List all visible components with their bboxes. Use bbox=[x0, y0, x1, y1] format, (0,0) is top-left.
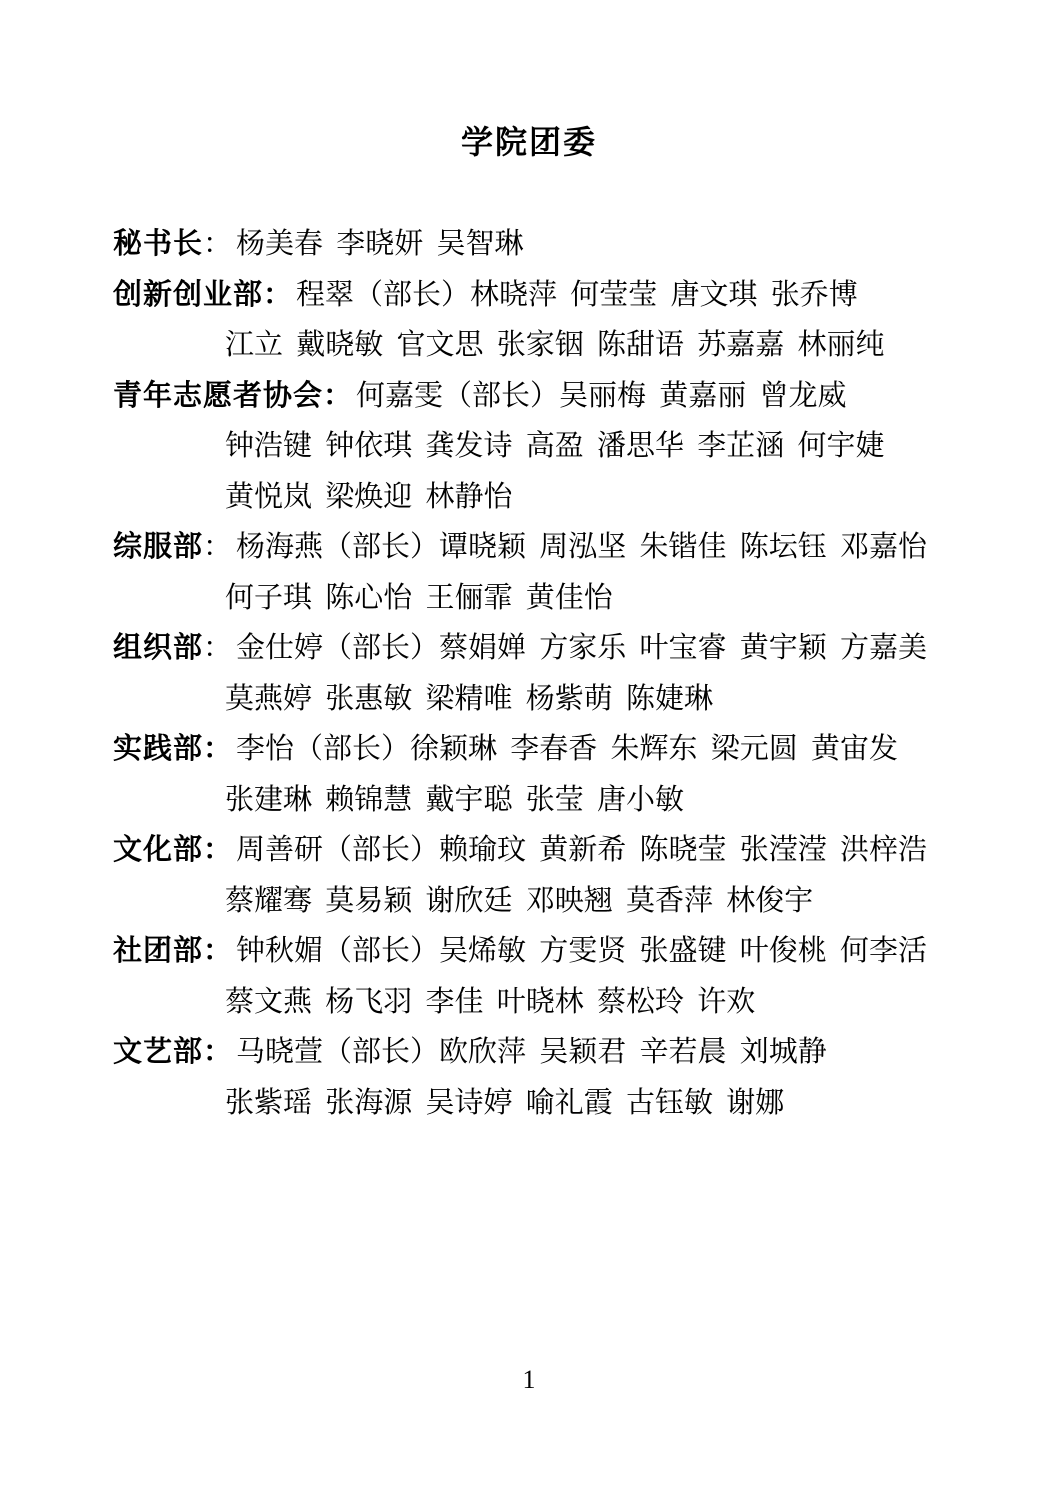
section-label: 创新创业部 bbox=[113, 279, 263, 311]
section-colon: ： bbox=[323, 380, 356, 412]
section-label: 文艺部 bbox=[113, 1036, 203, 1068]
member-names: 黄悦岚 梁焕迎 林静怡 bbox=[225, 481, 513, 513]
member-names: 江立 戴晓敏 官文思 张家铟 陈甜语 苏嘉嘉 林丽纯 bbox=[225, 329, 885, 361]
section-first-line: 实践部：李怡（部长）徐颖琳 李春香 朱辉东 梁元圆 黄宙发 bbox=[113, 724, 998, 775]
member-names: 金仕婷（部长）蔡娟婵 方家乐 叶宝睿 黄宇颖 方嘉美 bbox=[236, 632, 927, 664]
member-names: 蔡耀骞 莫易颖 谢欣廷 邓映翘 莫香萍 林俊宇 bbox=[225, 885, 813, 917]
member-names: 马晓萱（部长）欧欣萍 吴颖君 辛若晨 刘城静 bbox=[236, 1036, 827, 1068]
section-label: 青年志愿者协会 bbox=[113, 380, 323, 412]
section-label: 社团部 bbox=[113, 935, 203, 967]
section-entry: 创新创业部：程翠（部长）林晓萍 何莹莹 唐文琪 张乔博江立 戴晓敏 官文思 张家… bbox=[113, 270, 998, 371]
section-continuation-line: 张紫瑶 张海源 吴诗婷 喻礼霞 古钰敏 谢娜 bbox=[113, 1078, 998, 1129]
member-names: 钟秋媚（部长）吴烯敏 方雯贤 张盛键 叶俊桃 何李活 bbox=[236, 935, 927, 967]
page-number: 1 bbox=[0, 1362, 1058, 1398]
page-title: 学院团委 bbox=[0, 122, 1058, 162]
document-page: 学院团委 秘书长：杨美春 李晓妍 吴智琳创新创业部：程翠（部长）林晓萍 何莹莹 … bbox=[0, 0, 1058, 1512]
section-label: 秘书长 bbox=[113, 228, 203, 260]
section-first-line: 社团部：钟秋媚（部长）吴烯敏 方雯贤 张盛键 叶俊桃 何李活 bbox=[113, 926, 998, 977]
member-names: 周善研（部长）赖瑜玟 黄新希 陈晓莹 张滢滢 洪梓浩 bbox=[236, 834, 927, 866]
section-colon: ： bbox=[203, 1036, 236, 1068]
sections-list: 秘书长：杨美春 李晓妍 吴智琳创新创业部：程翠（部长）林晓萍 何莹莹 唐文琪 张… bbox=[113, 219, 998, 1128]
section-colon: ： bbox=[203, 733, 236, 765]
section-label: 文化部 bbox=[113, 834, 203, 866]
section-colon: ： bbox=[203, 228, 236, 260]
section-first-line: 创新创业部：程翠（部长）林晓萍 何莹莹 唐文琪 张乔博 bbox=[113, 270, 998, 321]
section-label: 实践部 bbox=[113, 733, 203, 765]
section-entry: 实践部：李怡（部长）徐颖琳 李春香 朱辉东 梁元圆 黄宙发张建琳 赖锦慧 戴宇聪… bbox=[113, 724, 998, 825]
section-colon: ： bbox=[203, 935, 236, 967]
section-continuation-line: 张建琳 赖锦慧 戴宇聪 张莹 唐小敏 bbox=[113, 775, 998, 826]
section-continuation-line: 蔡文燕 杨飞羽 李佳 叶晓林 蔡松玲 许欢 bbox=[113, 977, 998, 1028]
section-entry: 文艺部：马晓萱（部长）欧欣萍 吴颖君 辛若晨 刘城静张紫瑶 张海源 吴诗婷 喻礼… bbox=[113, 1027, 998, 1128]
member-names: 何嘉雯（部长）吴丽梅 黄嘉丽 曾龙威 bbox=[356, 380, 847, 412]
section-entry: 社团部：钟秋媚（部长）吴烯敏 方雯贤 张盛键 叶俊桃 何李活蔡文燕 杨飞羽 李佳… bbox=[113, 926, 998, 1027]
section-entry: 组织部：金仕婷（部长）蔡娟婵 方家乐 叶宝睿 黄宇颖 方嘉美莫燕婷 张惠敏 梁精… bbox=[113, 623, 998, 724]
section-first-line: 文艺部：马晓萱（部长）欧欣萍 吴颖君 辛若晨 刘城静 bbox=[113, 1027, 998, 1078]
section-colon: ： bbox=[203, 632, 236, 664]
section-colon: ： bbox=[203, 531, 236, 563]
section-entry: 秘书长：杨美春 李晓妍 吴智琳 bbox=[113, 219, 998, 270]
member-names: 张紫瑶 张海源 吴诗婷 喻礼霞 古钰敏 谢娜 bbox=[225, 1087, 784, 1119]
section-first-line: 青年志愿者协会：何嘉雯（部长）吴丽梅 黄嘉丽 曾龙威 bbox=[113, 371, 998, 422]
section-continuation-line: 黄悦岚 梁焕迎 林静怡 bbox=[113, 472, 998, 523]
member-names: 蔡文燕 杨飞羽 李佳 叶晓林 蔡松玲 许欢 bbox=[225, 986, 755, 1018]
member-names: 张建琳 赖锦慧 戴宇聪 张莹 唐小敏 bbox=[225, 784, 684, 816]
section-first-line: 文化部：周善研（部长）赖瑜玟 黄新希 陈晓莹 张滢滢 洪梓浩 bbox=[113, 825, 998, 876]
member-names: 莫燕婷 张惠敏 梁精唯 杨紫萌 陈婕琳 bbox=[225, 683, 713, 715]
section-continuation-line: 莫燕婷 张惠敏 梁精唯 杨紫萌 陈婕琳 bbox=[113, 674, 998, 725]
member-names: 钟浩键 钟依琪 龚发诗 高盈 潘思华 李芷涵 何宇婕 bbox=[225, 430, 885, 462]
section-continuation-line: 何子琪 陈心怡 王俪霏 黄佳怡 bbox=[113, 573, 998, 624]
member-names: 杨海燕（部长）谭晓颖 周泓坚 朱锴佳 陈坛钰 邓嘉怡 bbox=[236, 531, 927, 563]
section-continuation-line: 蔡耀骞 莫易颖 谢欣廷 邓映翘 莫香萍 林俊宇 bbox=[113, 876, 998, 927]
member-names: 李怡（部长）徐颖琳 李春香 朱辉东 梁元圆 黄宙发 bbox=[236, 733, 898, 765]
section-first-line: 组织部：金仕婷（部长）蔡娟婵 方家乐 叶宝睿 黄宇颖 方嘉美 bbox=[113, 623, 998, 674]
member-names: 何子琪 陈心怡 王俪霏 黄佳怡 bbox=[225, 582, 613, 614]
section-label: 综服部 bbox=[113, 531, 203, 563]
section-label: 组织部 bbox=[113, 632, 203, 664]
section-first-line: 秘书长：杨美春 李晓妍 吴智琳 bbox=[113, 219, 998, 270]
section-entry: 综服部：杨海燕（部长）谭晓颖 周泓坚 朱锴佳 陈坛钰 邓嘉怡何子琪 陈心怡 王俪… bbox=[113, 522, 998, 623]
member-names: 杨美春 李晓妍 吴智琳 bbox=[236, 228, 524, 260]
section-colon: ： bbox=[203, 834, 236, 866]
section-entry: 青年志愿者协会：何嘉雯（部长）吴丽梅 黄嘉丽 曾龙威钟浩键 钟依琪 龚发诗 高盈… bbox=[113, 371, 998, 523]
section-first-line: 综服部：杨海燕（部长）谭晓颖 周泓坚 朱锴佳 陈坛钰 邓嘉怡 bbox=[113, 522, 998, 573]
section-entry: 文化部：周善研（部长）赖瑜玟 黄新希 陈晓莹 张滢滢 洪梓浩蔡耀骞 莫易颖 谢欣… bbox=[113, 825, 998, 926]
section-colon: ： bbox=[263, 279, 296, 311]
section-continuation-line: 江立 戴晓敏 官文思 张家铟 陈甜语 苏嘉嘉 林丽纯 bbox=[113, 320, 998, 371]
section-continuation-line: 钟浩键 钟依琪 龚发诗 高盈 潘思华 李芷涵 何宇婕 bbox=[113, 421, 998, 472]
member-names: 程翠（部长）林晓萍 何莹莹 唐文琪 张乔博 bbox=[296, 279, 858, 311]
